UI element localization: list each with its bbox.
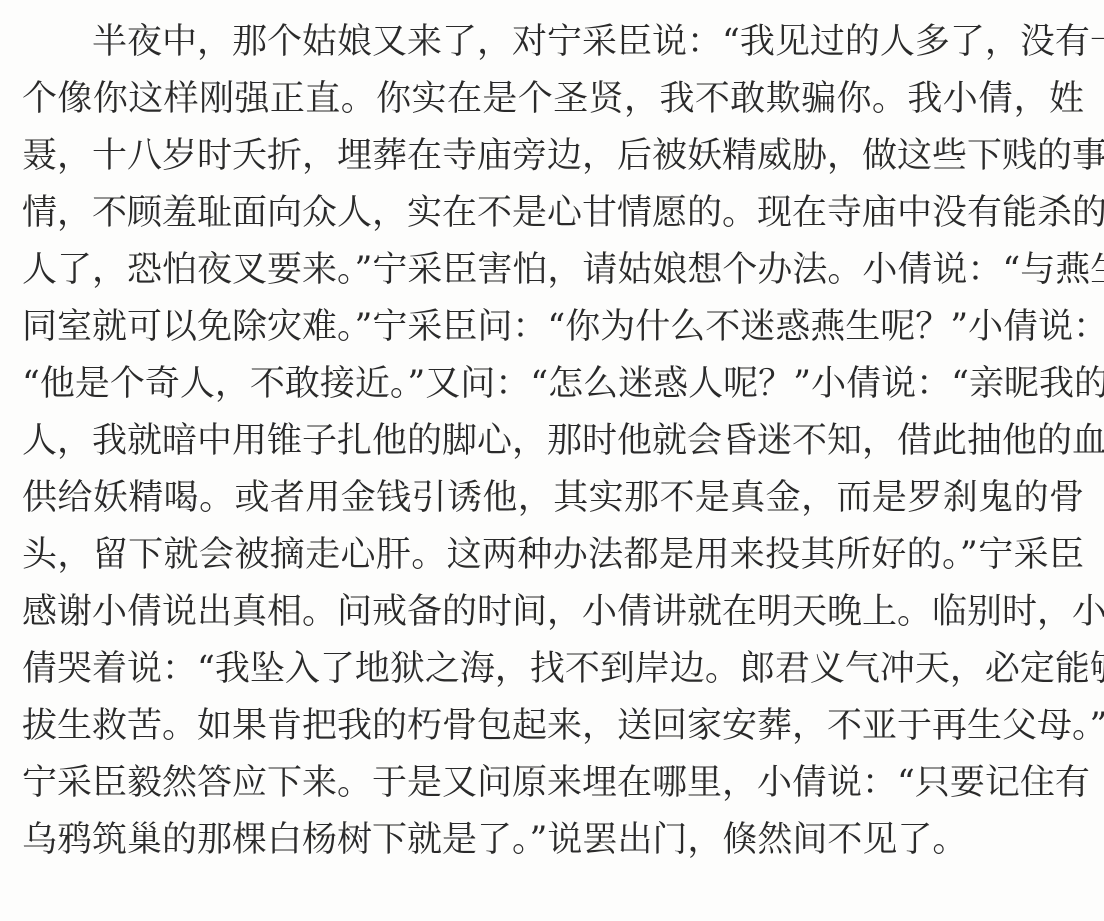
text-line-4: 情，不顾羞耻面向众人，实在不是心甘情愿的。现在寺庙中没有能杀的	[22, 185, 1084, 242]
text-line-1: 半夜中，那个姑娘又来了，对宁采臣说：“我见过的人多了，没有一	[22, 14, 1084, 71]
text-line-9: 供给妖精喝。或者用金钱引诱他，其实那不是真金，而是罗刹鬼的骨	[22, 470, 1084, 527]
story-paragraph: 半夜中，那个姑娘又来了，对宁采臣说：“我见过的人多了，没有一 个像你这样刚强正直…	[22, 14, 1084, 869]
text-line-15: 乌鸦筑巢的那棵白杨树下就是了。”说罢出门，倏然间不见了。	[22, 812, 1084, 869]
text-line-14: 宁采臣毅然答应下来。于是又问原来埋在哪里，小倩说：“只要记住有	[22, 755, 1084, 812]
document-page: 半夜中，那个姑娘又来了，对宁采臣说：“我见过的人多了，没有一 个像你这样刚强正直…	[22, 14, 1084, 869]
text-line-2: 个像你这样刚强正直。你实在是个圣贤，我不敢欺骗你。我小倩，姓	[22, 71, 1084, 128]
text-line-3: 聂，十八岁时夭折，埋葬在寺庙旁边，后被妖精威胁，做这些下贱的事	[22, 128, 1084, 185]
text-line-7: “他是个奇人，不敢接近。”又问：“怎么迷惑人呢？”小倩说：“亲昵我的	[22, 356, 1084, 413]
text-line-8: 人，我就暗中用锥子扎他的脚心，那时他就会昏迷不知，借此抽他的血	[22, 413, 1084, 470]
text-line-5: 人了，恐怕夜叉要来。”宁采臣害怕，请姑娘想个办法。小倩说：“与燕生	[22, 242, 1084, 299]
text-line-13: 拔生救苦。如果肯把我的朽骨包起来，送回家安葬，不亚于再生父母。”	[22, 698, 1084, 755]
text-line-10: 头，留下就会被摘走心肝。这两种办法都是用来投其所好的。”宁采臣	[22, 527, 1084, 584]
text-line-11: 感谢小倩说出真相。问戒备的时间，小倩讲就在明天晚上。临别时，小	[22, 584, 1084, 641]
text-line-6: 同室就可以免除灾难。”宁采臣问：“你为什么不迷惑燕生呢？”小倩说：	[22, 299, 1084, 356]
text-line-12: 倩哭着说：“我坠入了地狱之海，找不到岸边。郎君义气冲天，必定能够	[22, 641, 1084, 698]
